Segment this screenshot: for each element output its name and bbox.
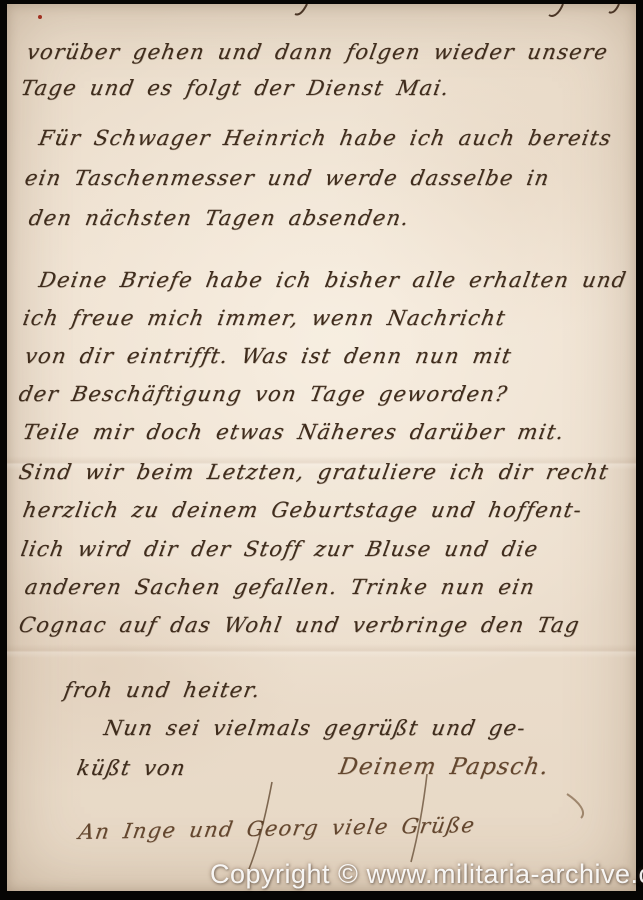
- handwriting-line: Für Schwager Heinrich habe ich auch bere…: [37, 126, 614, 150]
- handwriting-line: der Beschäftigung von Tage geworden?: [17, 382, 510, 406]
- scanned-letter-page: vorüber gehen und dann folgen wieder uns…: [0, 0, 643, 900]
- handwriting-line: den nächsten Tagen absenden.: [27, 206, 412, 230]
- handwriting-line: Tage und es folgt der Dienst Mai.: [19, 76, 452, 100]
- fold-crease: [7, 644, 636, 658]
- handwriting-line: anderen Sachen gefallen. Trinke nun ein: [23, 575, 537, 599]
- handwriting-line: Teile mir doch etwas Näheres darüber mit…: [21, 420, 567, 444]
- handwriting-line: Sind wir beim Letzten, gratuliere ich di…: [17, 460, 611, 484]
- handwriting-line: ich freue mich immer, wenn Nachricht: [21, 306, 508, 330]
- handwriting-line: froh und heiter.: [62, 678, 263, 702]
- copyright-watermark: Copyright © www.militaria-archive.com: [210, 859, 643, 890]
- handwriting-line: ein Taschenmesser und werde dasselbe in: [23, 166, 552, 190]
- handwriting-line: lich wird dir der Stoff zur Bluse und di…: [19, 537, 541, 561]
- cut-off-stroke-fragments: [7, 4, 636, 24]
- handwriting-line: von dir eintrifft. Was ist denn nun mit: [23, 344, 514, 368]
- handwriting-line: vorüber gehen und dann folgen wieder uns…: [25, 40, 610, 64]
- handwriting-line: herzlich zu deinem Geburtstage und hoffe…: [21, 498, 584, 522]
- ink-speck: [38, 15, 42, 19]
- handwriting-line: Deine Briefe habe ich bisher alle erhalt…: [37, 268, 629, 292]
- handwriting-line: Cognac auf das Wohl und verbringe den Ta…: [17, 613, 582, 637]
- letter-paper: vorüber gehen und dann folgen wieder uns…: [7, 4, 636, 891]
- handwriting-line: Nun sei vielmals gegrüßt und ge-: [102, 716, 528, 740]
